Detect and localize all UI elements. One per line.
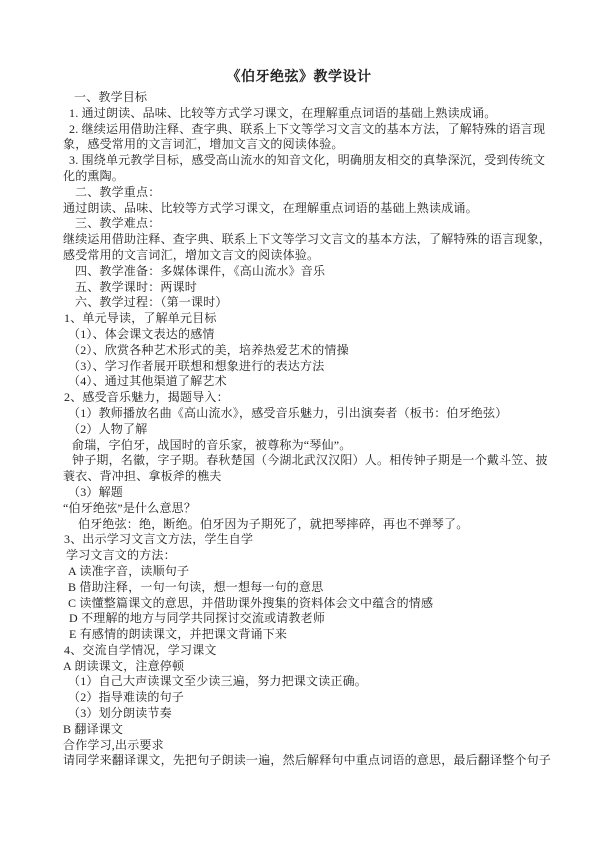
text-line: A 读准字音，读顺句子: [63, 564, 543, 580]
text-line: 俞瑞，字伯牙，战国时的音乐家，被尊称为“琴仙”。: [63, 438, 543, 454]
document-body: 一、教学目标1. 通过朗读、品味、比较等方式学习课文，在理解重点词语的基础上熟读…: [63, 90, 543, 769]
text-line: 请同学来翻译课文，先把句子朗读一遍，然后解释句中重点词语的意思，最后翻译整个句子: [63, 753, 543, 769]
text-line: 四、教学准备：多媒体课件，《高山流水》音乐: [63, 264, 543, 280]
text-line: 一、教学目标: [63, 90, 543, 106]
text-line: 4、交流自学情况，学习课文: [63, 643, 543, 659]
text-line: 感受常用的文言词汇，增加文言文的阅读体验。: [63, 248, 543, 264]
text-line: （1）、体会课文表达的感情: [63, 327, 543, 343]
text-line: （1）教师播放名曲《高山流水》，感受音乐魅力，引出演奏者（板书：伯牙绝弦）: [63, 406, 543, 422]
text-line: 通过朗读、品味、比较等方式学习课文，在理解重点词语的基础上熟读成诵。: [63, 201, 543, 217]
text-line: （2）指导难读的句子: [63, 690, 543, 706]
text-line: D 不理解的地方与同学共同探讨交流或请教老师: [63, 611, 543, 627]
text-line: （2）、欣赏各种艺术形式的美，培养热爱艺术的情操: [63, 343, 543, 359]
text-line: B 借助注释，一句一句读，想一想每一句的意思: [63, 580, 543, 596]
text-line: E 有感情的朗读课文，并把课文背诵下来: [63, 627, 543, 643]
text-line: A 朗读课文，注意停顿: [63, 659, 543, 675]
text-line: （4）、通过其他渠道了解艺术: [63, 374, 543, 390]
text-line: 1. 通过朗读、品味、比较等方式学习课文，在理解重点词语的基础上熟读成诵。: [63, 106, 543, 122]
text-line: （1）自己大声读课文至少读三遍，努力把课文读正确。: [63, 674, 543, 690]
text-line: 合作学习,出示要求: [63, 738, 543, 754]
text-line: 2、感受音乐魅力，揭题导入：: [63, 390, 543, 406]
text-line: 3. 围绕单元教学目标，感受高山流水的知音文化，明确朋友相交的真挚深沉，受到传统…: [63, 153, 543, 169]
text-line: 三、教学难点：: [63, 216, 543, 232]
document-title: 《伯牙绝弦》教学设计: [63, 67, 535, 88]
text-line: 象，感受常用的文言词汇，增加文言文的阅读体验。: [63, 137, 543, 153]
text-line: （3）划分朗读节奏: [63, 706, 543, 722]
text-line: 伯牙绝弦：绝，断绝。伯牙因为子期死了，就把琴摔碎，再也不弹琴了。: [63, 517, 543, 533]
text-line: “伯牙绝弦”是什么意思？: [63, 501, 543, 517]
text-line: 化的熏陶。: [63, 169, 543, 185]
text-line: 五、教学课时：两课时: [63, 280, 543, 296]
text-line: 继续运用借助注释、查字典、联系上下文等学习文言文的基本方法，了解特殊的语言现象，: [63, 232, 543, 248]
document-page: 《伯牙绝弦》教学设计 一、教学目标1. 通过朗读、品味、比较等方式学习课文，在理…: [0, 0, 595, 842]
text-line: （3）、学习作者展开联想和想象进行的表达方法: [63, 359, 543, 375]
text-line: （3）解题: [63, 485, 543, 501]
text-line: 蓑衣、背冲担、拿板斧的樵夫: [63, 469, 543, 485]
text-line: C 读懂整篇课文的意思，并借助课外搜集的资料体会文中蕴含的情感: [63, 596, 543, 612]
text-line: 1、单元导读，了解单元目标: [63, 311, 543, 327]
text-line: 学习文言文的方法：: [63, 548, 543, 564]
text-line: 钟子期，名徽，字子期。春秋楚国（今湖北武汉汉阳）人。相传钟子期是一个戴斗笠、披: [63, 453, 543, 469]
text-line: 二、教学重点：: [63, 185, 543, 201]
text-line: （2）人物了解: [63, 422, 543, 438]
text-line: B 翻译课文: [63, 722, 543, 738]
text-line: 3、出示学习文言文方法，学生自学: [63, 532, 543, 548]
text-line: 2. 继续运用借助注释、查字典、联系上下文等学习文言文的基本方法，了解特殊的语言…: [63, 122, 543, 138]
text-line: 六、教学过程：（第一课时）: [63, 295, 543, 311]
